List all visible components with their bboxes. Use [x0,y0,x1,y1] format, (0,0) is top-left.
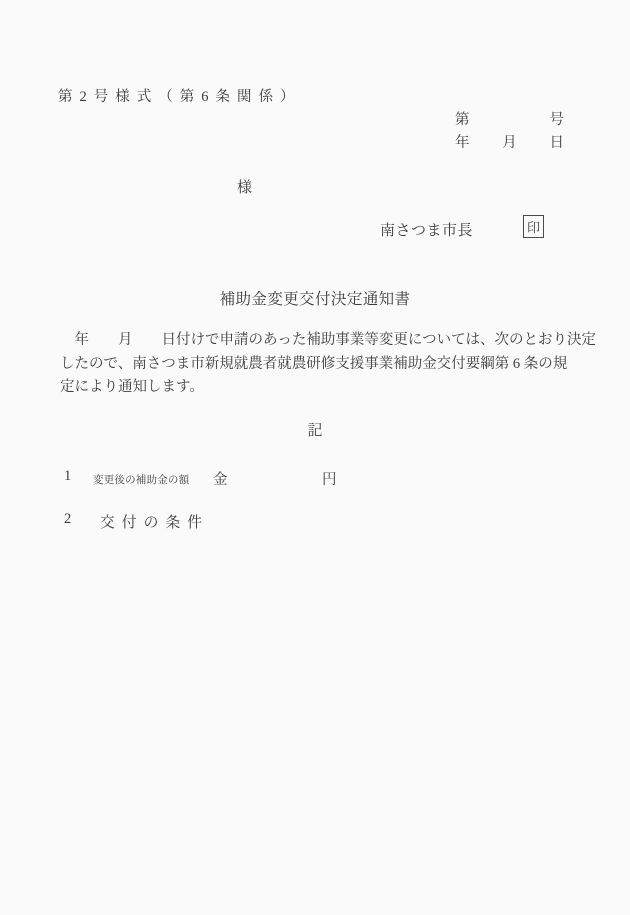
date-day-label: 日 [550,131,565,152]
document-number-prefix: 第 [455,108,470,129]
date-line: 年 月 日 [455,131,564,152]
item-1-amount-prefix: 金 [213,468,228,489]
body-line-3: 定により通知します。 [60,376,580,400]
document-page: 第2号様式（第6条関係） 第 号 年 月 日 様 南さつま市長 印 補助金変更交… [0,0,630,915]
item-2-label: 交付の条件 [100,511,209,532]
addressee-honorific: 様 [237,176,252,197]
document-number-line: 第 号 [455,108,564,129]
document-title: 補助金変更交付決定通知書 [0,287,630,309]
sender-title: 南さつま市長 [380,219,473,240]
form-number-note: 第2号様式（第6条関係） [58,85,302,106]
list-item-1: 1 変更後の補助金の額 金 円 [0,468,630,492]
item-1-label: 変更後の補助金の額 [93,472,189,487]
seal-mark: 印 [527,217,540,236]
list-marker-ki: 記 [0,419,630,440]
item-1-amount-suffix: 円 [322,468,337,489]
date-year-label: 年 [455,131,470,152]
body-paragraph: 年 月 日付けで申請のあった補助事業等変更については、次のとおり決定 したので、… [60,329,580,400]
body-line-2: したので、南さつま市新規就農者就農研修支援事業補助金交付要綱第 6 条の規 [60,353,580,377]
date-month-label: 月 [502,131,517,152]
item-2-number: 2 [64,511,71,528]
list-item-2: 2 交付の条件 [0,511,630,535]
body-line-1: 年 月 日付けで申請のあった補助事業等変更については、次のとおり決定 [60,329,580,353]
document-number-suffix: 号 [550,108,565,129]
item-1-number: 1 [64,468,71,485]
seal-placeholder-box: 印 [523,215,544,238]
